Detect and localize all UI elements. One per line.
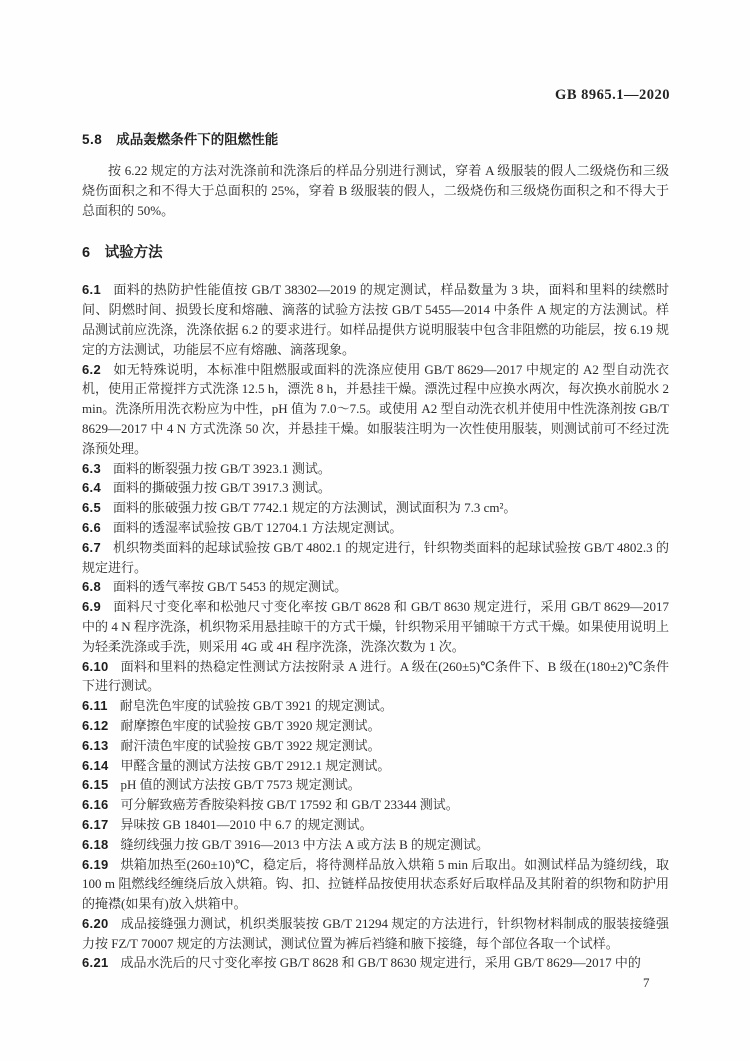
document-page: GB 8965.1—2020 5.8成品轰燃条件下的阻燃性能 按 6.22 规定… (0, 0, 750, 1061)
clause-text: 面料的热防护性能值按 GB/T 38302—2019 的规定测试，样品数量为 3… (82, 282, 669, 356)
clause-6-19: 6.19烘箱加热至(260±10)℃，稳定后，将待测样品放入烘箱 5 min 后… (82, 855, 669, 914)
clause-text: 机织物类面料的起球试验按 GB/T 4802.1 的规定进行，针织物类面料的起球… (82, 540, 669, 575)
clause-6-14: 6.14甲醛含量的测试方法按 GB/T 2912.1 规定测试。 (82, 756, 669, 776)
clause-number: 6.11 (82, 698, 108, 713)
clause-6-20: 6.20成品接缝强力测试，机织类服装按 GB/T 21294 规定的方法进行，针… (82, 914, 669, 954)
clause-number: 6.9 (82, 599, 101, 614)
clause-number: 6.13 (82, 738, 109, 753)
clause-text: 耐摩擦色牢度的试验按 GB/T 3920 规定测试。 (121, 718, 381, 733)
heading-6: 6试验方法 (82, 243, 669, 263)
clause-6-1: 6.1面料的热防护性能值按 GB/T 38302—2019 的规定测试，样品数量… (82, 280, 669, 359)
clause-6-13: 6.13耐汗渍色牢度的试验按 GB/T 3922 规定测试。 (82, 736, 669, 756)
clause-text: 面料的撕破强力按 GB/T 3917.3 测试。 (113, 480, 331, 495)
clause-number: 6.14 (82, 758, 109, 773)
clause-number: 6.12 (82, 718, 109, 733)
clause-number: 6.19 (82, 857, 109, 872)
heading-6-title: 试验方法 (105, 245, 163, 261)
clause-number: 6.4 (82, 480, 101, 495)
clause-text: 面料的胀破强力按 GB/T 7742.1 规定的方法测试，测试面积为 7.3 c… (113, 500, 516, 515)
clause-6-3: 6.3面料的断裂强力按 GB/T 3923.1 测试。 (82, 459, 669, 479)
clause-text: 如无特殊说明，本标准中阻燃服或面料的洗涤应使用 GB/T 8629—2017 中… (82, 362, 669, 456)
clause-6-6: 6.6面料的透湿率试验按 GB/T 12704.1 方法规定测试。 (82, 518, 669, 538)
paragraph-5-8: 按 6.22 规定的方法对洗涤前和洗涤后的样品分别进行测试，穿着 A 级服装的假… (82, 161, 669, 220)
clause-number: 6.8 (82, 579, 101, 594)
heading-5-8-title: 成品轰燃条件下的阻燃性能 (116, 132, 278, 147)
clause-6-10: 6.10面料和里料的热稳定性测试方法按附录 A 进行。A 级在(260±5)℃条… (82, 657, 669, 697)
heading-5-8-number: 5.8 (82, 132, 102, 147)
clause-text: 异味按 GB 18401—2010 中 6.7 的规定测试。 (121, 817, 373, 832)
clause-6-4: 6.4面料的撕破强力按 GB/T 3917.3 测试。 (82, 478, 669, 498)
clause-text: 耐汗渍色牢度的试验按 GB/T 3922 规定测试。 (121, 738, 381, 753)
clause-text: 可分解致癌芳香胺染料按 GB/T 17592 和 GB/T 23344 测试。 (121, 797, 459, 812)
heading-6-number: 6 (82, 245, 91, 261)
clause-number: 6.10 (82, 659, 109, 674)
clause-6-5: 6.5面料的胀破强力按 GB/T 7742.1 规定的方法测试，测试面积为 7.… (82, 498, 669, 518)
clause-number: 6.15 (82, 777, 109, 792)
clause-number: 6.2 (82, 362, 101, 377)
clause-text: 面料的透湿率试验按 GB/T 12704.1 方法规定测试。 (113, 520, 402, 535)
page-number: 7 (643, 975, 650, 991)
clause-text: 缝纫线强力按 GB/T 3916—2013 中方法 A 或方法 B 的规定测试。 (121, 837, 489, 852)
clause-number: 6.6 (82, 520, 101, 535)
clause-6-15: 6.15pH 值的测试方法按 GB/T 7573 规定测试。 (82, 775, 669, 795)
clause-number: 6.1 (82, 282, 101, 297)
clause-6-9: 6.9面料尺寸变化率和松弛尺寸变化率按 GB/T 8628 和 GB/T 863… (82, 597, 669, 656)
running-header: GB 8965.1—2020 (82, 87, 670, 104)
clause-6-8: 6.8面料的透气率按 GB/T 5453 的规定测试。 (82, 577, 669, 597)
clause-6-16: 6.16可分解致癌芳香胺染料按 GB/T 17592 和 GB/T 23344 … (82, 795, 669, 815)
clause-number: 6.7 (82, 540, 101, 555)
clause-6-12: 6.12耐摩擦色牢度的试验按 GB/T 3920 规定测试。 (82, 716, 669, 736)
clause-6-7: 6.7机织物类面料的起球试验按 GB/T 4802.1 的规定进行，针织物类面料… (82, 538, 669, 578)
clause-list: 6.1面料的热防护性能值按 GB/T 38302—2019 的规定测试，样品数量… (82, 280, 669, 973)
clause-text: 面料和里料的热稳定性测试方法按附录 A 进行。A 级在(260±5)℃条件下、B… (82, 659, 669, 694)
clause-6-21: 6.21成品水洗后的尺寸变化率按 GB/T 8628 和 GB/T 8630 规… (82, 953, 669, 973)
clause-6-17: 6.17异味按 GB 18401—2010 中 6.7 的规定测试。 (82, 815, 669, 835)
clause-6-2: 6.2如无特殊说明，本标准中阻燃服或面料的洗涤应使用 GB/T 8629—201… (82, 360, 669, 459)
clause-number: 6.18 (82, 837, 109, 852)
clause-text: pH 值的测试方法按 GB/T 7573 规定测试。 (121, 777, 361, 792)
clause-text: 面料的透气率按 GB/T 5453 的规定测试。 (113, 579, 347, 594)
clause-number: 6.20 (82, 916, 109, 931)
clause-number: 6.21 (82, 955, 109, 970)
clause-text: 面料的断裂强力按 GB/T 3923.1 测试。 (113, 461, 331, 476)
clause-text: 烘箱加热至(260±10)℃，稳定后，将待测样品放入烘箱 5 min 后取出。如… (82, 857, 669, 912)
clause-number: 6.5 (82, 500, 101, 515)
clause-text: 甲醛含量的测试方法按 GB/T 2912.1 规定测试。 (121, 758, 391, 773)
clause-text: 耐皂洗色牢度的试验按 GB/T 3921 的规定测试。 (120, 698, 393, 713)
clause-6-18: 6.18缝纫线强力按 GB/T 3916—2013 中方法 A 或方法 B 的规… (82, 835, 669, 855)
clause-number: 6.3 (82, 461, 101, 476)
heading-5-8: 5.8成品轰燃条件下的阻燃性能 (82, 130, 669, 150)
clause-text: 成品水洗后的尺寸变化率按 GB/T 8628 和 GB/T 8630 规定进行，… (121, 955, 641, 970)
clause-number: 6.16 (82, 797, 109, 812)
clause-text: 成品接缝强力测试，机织类服装按 GB/T 21294 规定的方法进行，针织物材料… (82, 916, 669, 951)
clause-6-11: 6.11耐皂洗色牢度的试验按 GB/T 3921 的规定测试。 (82, 696, 669, 716)
page-content: 5.8成品轰燃条件下的阻燃性能 按 6.22 规定的方法对洗涤前和洗涤后的样品分… (82, 130, 669, 973)
clause-text: 面料尺寸变化率和松弛尺寸变化率按 GB/T 8628 和 GB/T 8630 规… (82, 599, 669, 654)
standard-code: GB 8965.1—2020 (555, 87, 670, 103)
clause-number: 6.17 (82, 817, 109, 832)
